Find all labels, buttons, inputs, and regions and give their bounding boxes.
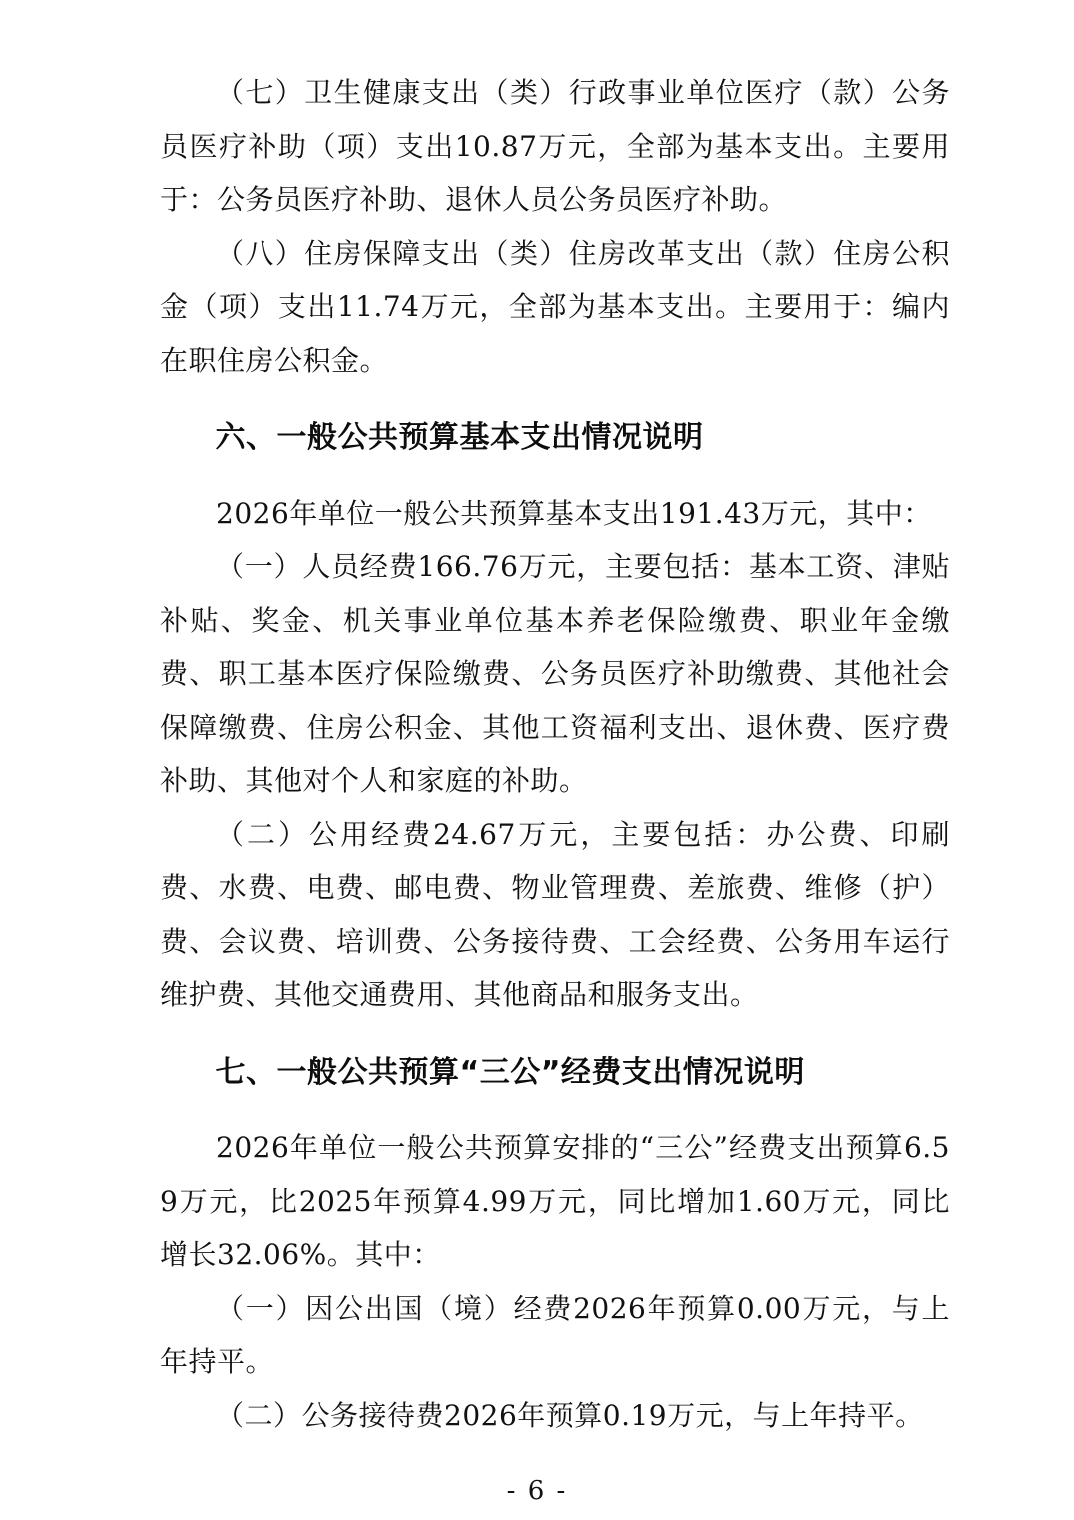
paragraph-personnel-funds: （一）人员经费166.76万元，主要包括：基本工资、津贴补贴、奖金、机关事业单位…: [160, 540, 950, 808]
paragraph-housing-expenditure: （八）住房保障支出（类）住房改革支出（款）住房公积金（项）支出11.74万元，全…: [160, 227, 950, 388]
paragraph-official-reception-funds: （二）公务接待费2026年预算0.19万元，与上年持平。: [160, 1389, 950, 1443]
heading-section-six-basic-expenditure: 六、一般公共预算基本支出情况说明: [160, 411, 950, 465]
heading-section-seven-three-public-funds: 七、一般公共预算“三公”经费支出情况说明: [160, 1046, 950, 1100]
paragraph-overseas-travel-funds: （一）因公出国（境）经费2026年预算0.00万元，与上年持平。: [160, 1282, 950, 1389]
document-body: （七）卫生健康支出（类）行政事业单位医疗（款）公务员医疗补助（项）支出10.87…: [0, 0, 1074, 1442]
paragraph-health-expenditure: （七）卫生健康支出（类）行政事业单位医疗（款）公务员医疗补助（项）支出10.87…: [160, 66, 950, 227]
paragraph-basic-expenditure-total: 2026年单位一般公共预算基本支出191.43万元，其中：: [160, 487, 950, 541]
page-number: - 6 -: [0, 1476, 1074, 1506]
document-page: （七）卫生健康支出（类）行政事业单位医疗（款）公务员医疗补助（项）支出10.87…: [0, 0, 1074, 1520]
paragraph-three-public-budget-summary: 2026年单位一般公共预算安排的“三公”经费支出预算6.59万元，比2025年预…: [160, 1121, 950, 1282]
paragraph-public-funds: （二）公用经费24.67万元，主要包括：办公费、印刷费、水费、电费、邮电费、物业…: [160, 808, 950, 1022]
